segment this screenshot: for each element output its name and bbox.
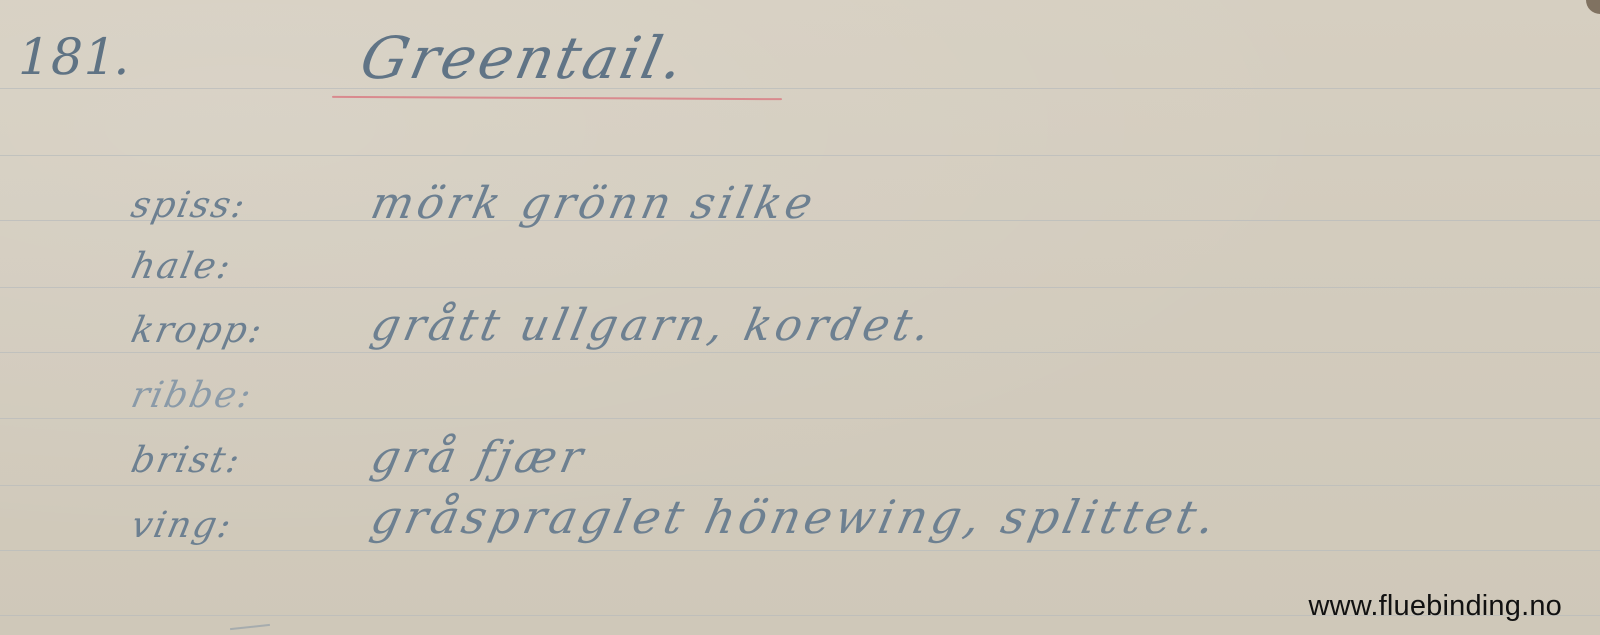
ruled-line [0, 485, 1600, 486]
recipe-value-spiss: mörk grönn silke [367, 178, 822, 229]
watermark-url: www.fluebinding.no [1309, 590, 1562, 623]
recipe-label-brist: brist: [128, 440, 246, 481]
recipe-value-kropp: grått ullgarn, kordet. [367, 300, 939, 351]
recipe-label-hale: hale: [128, 246, 236, 287]
ruled-line [0, 418, 1600, 419]
entry-number: 181. [12, 28, 140, 86]
ink-stroke-fragment [230, 624, 270, 630]
ruled-line [0, 88, 1600, 89]
ruled-line [0, 155, 1600, 156]
ruled-line [0, 352, 1600, 353]
recipe-value-ving: gråspraglet hönewing, splittet. [366, 490, 1224, 544]
recipe-label-ving: ving: [128, 505, 237, 546]
title-underline [332, 96, 782, 100]
notebook-page: 181. Greentail. spiss: mörk grönn silke … [0, 0, 1600, 635]
ruled-line [0, 287, 1600, 288]
fly-title: Greentail. [355, 24, 693, 92]
ruled-line [0, 550, 1600, 551]
page-corner-shadow [1586, 0, 1600, 14]
recipe-value-brist: grå fjær [367, 432, 592, 483]
recipe-label-kropp: kropp: [128, 310, 268, 351]
recipe-label-spiss: spiss: [128, 185, 251, 226]
recipe-label-ribbe: ribbe: [128, 375, 257, 416]
